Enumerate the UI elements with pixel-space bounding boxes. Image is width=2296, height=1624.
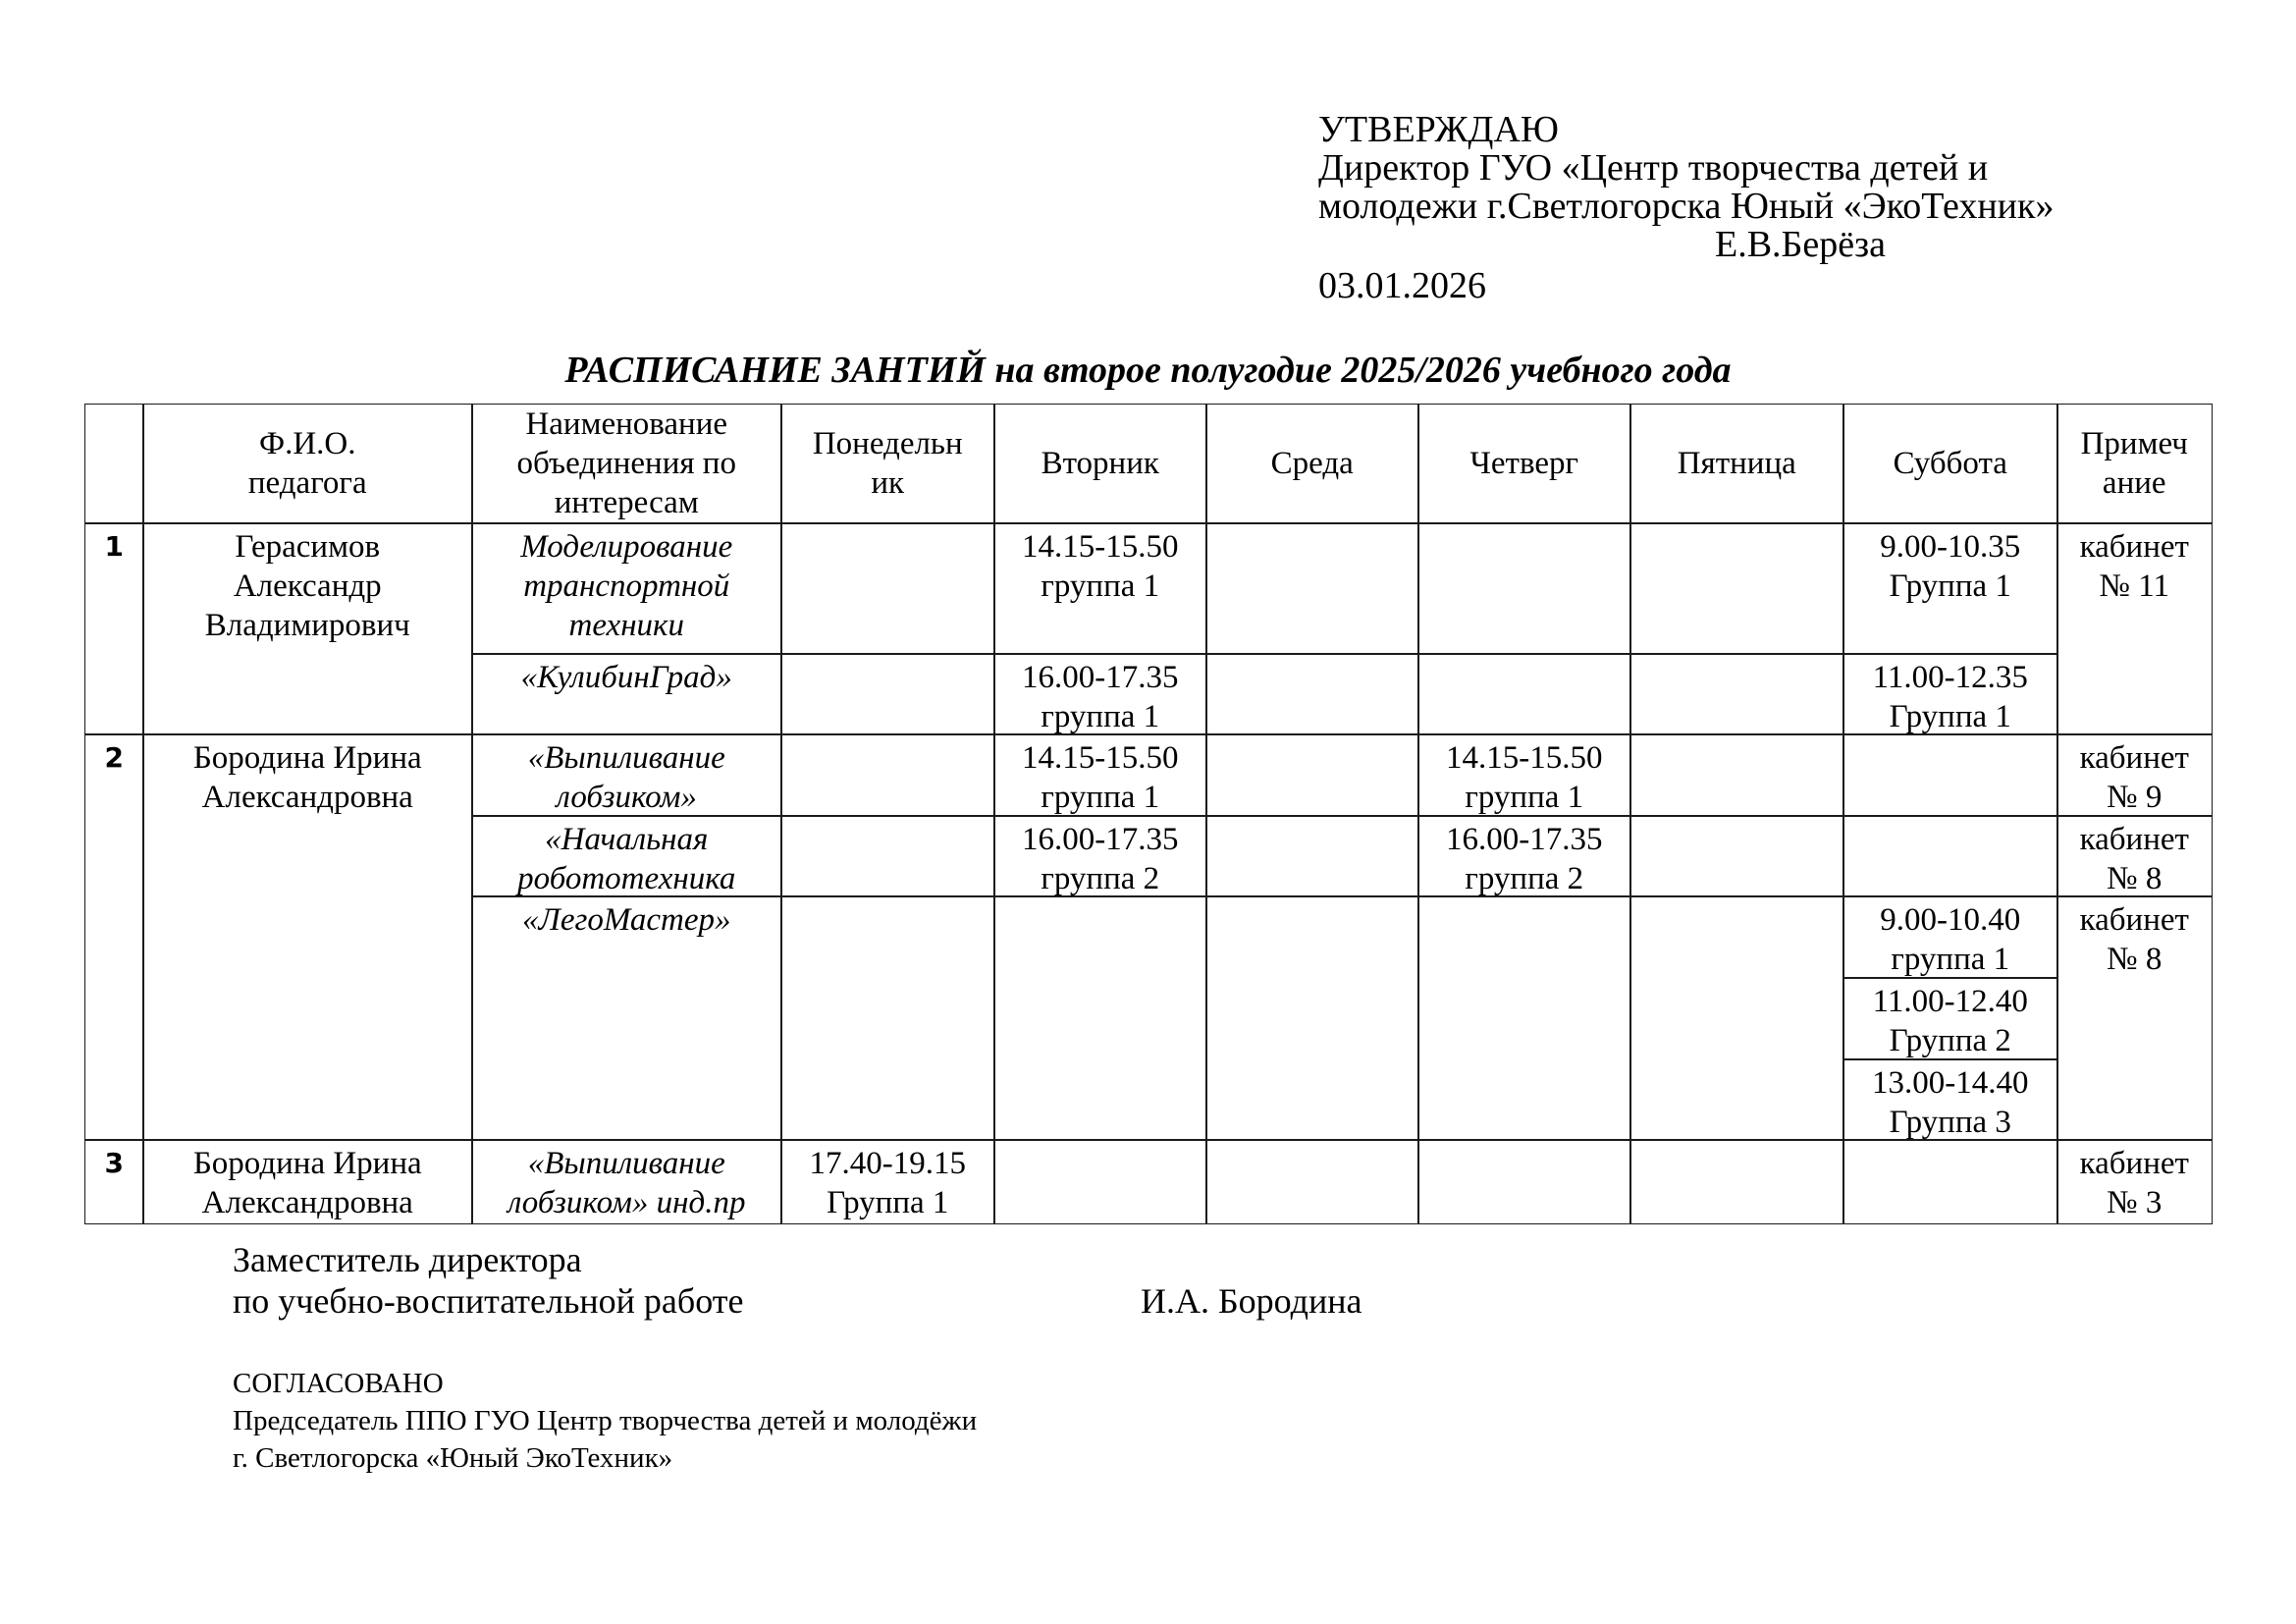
slot-thu: 14.15-15.50группа 1 xyxy=(1417,733,1631,817)
club-name: «КулибинГрад» xyxy=(471,653,782,735)
club-name: «Выпиливаниелобзиком» xyxy=(471,733,782,817)
row-number: 1 xyxy=(84,522,144,735)
club-name-text: транспортной xyxy=(472,567,781,606)
header-note-text: ание xyxy=(2081,463,2188,503)
slot-sat-text: 11.00-12.40 xyxy=(1843,982,2057,1021)
room-note-text: кабинет xyxy=(2057,527,2212,567)
row-number: 3 xyxy=(84,1139,144,1224)
slot-sat-text: Группа 3 xyxy=(1843,1103,2057,1141)
teacher-name-text: Бородина Ирина xyxy=(143,738,472,778)
club-name: Моделированиетранспортнойтехники xyxy=(471,522,782,655)
deputy-title-line-2: по учебно-воспитательной работе xyxy=(233,1281,743,1321)
slot-sat-text: 11.00-12.35 xyxy=(1843,658,2057,697)
header-note-text: Примеч xyxy=(2081,424,2188,463)
slot-tue: 16.00-17.35группа 1 xyxy=(993,653,1207,735)
slot-mon xyxy=(780,895,995,1141)
teacher-name-text: Владимирович xyxy=(143,606,472,645)
agreed-line-1: Председатель ППО ГУО Центр творчества де… xyxy=(233,1402,977,1439)
slot-fri xyxy=(1629,522,1844,655)
club-name-text: «Начальная xyxy=(472,820,781,859)
header-wed: Среда xyxy=(1205,404,1419,524)
header-mon: Понедельник xyxy=(780,404,995,524)
slot-thu xyxy=(1417,653,1631,735)
room-note: кабинет№ 3 xyxy=(2056,1139,2213,1224)
slot-fri xyxy=(1629,895,1844,1141)
slot-sat-text: 9.00-10.40 xyxy=(1843,900,2057,940)
slot-tue-text: 14.15-15.50 xyxy=(994,527,1206,567)
row-number-text: 3 xyxy=(105,1147,124,1179)
club-name-text: робототехника xyxy=(472,859,781,897)
approval-block: УТВЕРЖДАЮ Директор ГУО «Центр творчества… xyxy=(1318,111,2054,305)
slot-sat-text: 9.00-10.35 xyxy=(1843,527,2057,567)
slot-tue xyxy=(993,1139,1207,1224)
teacher-name-text: Бородина Ирина xyxy=(143,1144,472,1183)
room-note-text: кабинет xyxy=(2057,1144,2212,1183)
slot-mon xyxy=(780,815,995,897)
slot-sat: 11.00-12.40Группа 2 xyxy=(1842,977,2058,1060)
approval-line-1: Директор ГУО «Центр творчества детей и xyxy=(1318,149,2054,188)
deputy-signature-block: Заместитель директора по учебно-воспитат… xyxy=(233,1239,743,1322)
teacher-name-text: Герасимов xyxy=(143,527,472,567)
slot-tue-text: 16.00-17.35 xyxy=(994,658,1206,697)
slot-sat-text: 13.00-14.40 xyxy=(1843,1063,2057,1103)
slot-sat-text: Группа 1 xyxy=(1843,567,2057,606)
slot-thu-text: группа 1 xyxy=(1418,778,1630,817)
slot-thu-text: 16.00-17.35 xyxy=(1418,820,1630,859)
room-note: кабинет№ 9 xyxy=(2056,733,2213,817)
header-tue: Вторник xyxy=(993,404,1207,524)
header-mon-text: ик xyxy=(813,463,963,503)
slot-tue-text: 14.15-15.50 xyxy=(994,738,1206,778)
slot-tue-text: группа 1 xyxy=(994,697,1206,735)
room-note-text: № 9 xyxy=(2057,778,2212,817)
room-note-text: № 8 xyxy=(2057,940,2212,979)
row-number: 2 xyxy=(84,733,144,1141)
header-tue-text: Вторник xyxy=(1041,444,1159,483)
document-page: УТВЕРЖДАЮ Директор ГУО «Центр творчества… xyxy=(0,0,2296,1624)
teacher-name-text: Александр xyxy=(143,567,472,606)
slot-mon: 17.40-19.15Группа 1 xyxy=(780,1139,995,1224)
slot-fri xyxy=(1629,733,1844,817)
club-name: «ЛегоМастер» xyxy=(471,895,782,1141)
slot-sat xyxy=(1842,1139,2058,1224)
room-note: кабинет№ 8 xyxy=(2056,815,2213,897)
slot-tue: 14.15-15.50группа 1 xyxy=(993,733,1207,817)
agreed-line-2: г. Светлогорска «Юный ЭкоТехник» xyxy=(233,1439,977,1477)
slot-mon-text: Группа 1 xyxy=(781,1183,994,1222)
slot-sat xyxy=(1842,815,2058,897)
slot-thu xyxy=(1417,1139,1631,1224)
club-name: «Выпиливаниелобзиком» инд.пр xyxy=(471,1139,782,1224)
room-note-text: кабинет xyxy=(2057,900,2212,940)
approval-date: 03.01.2026 xyxy=(1318,267,2054,305)
header-fri: Пятница xyxy=(1629,404,1844,524)
room-note: кабинет№ 11 xyxy=(2056,522,2213,735)
header-club-text: объединения по xyxy=(517,444,736,483)
club-name: «Начальнаяробототехника xyxy=(471,815,782,897)
header-note: Примечание xyxy=(2056,404,2213,524)
slot-wed xyxy=(1205,1139,1419,1224)
room-note-text: № 3 xyxy=(2057,1183,2212,1222)
teacher-name-text: Александровна xyxy=(143,778,472,817)
agreed-heading: СОГЛАСОВАНО xyxy=(233,1365,977,1402)
slot-thu xyxy=(1417,895,1631,1141)
slot-tue-text: группа 2 xyxy=(994,859,1206,897)
approval-line-2: молодежи г.Светлогорска Юный «ЭкоТехник» xyxy=(1318,188,2054,226)
approval-signatory: Е.В.Берёза xyxy=(1318,226,2054,264)
slot-fri xyxy=(1629,815,1844,897)
slot-wed xyxy=(1205,733,1419,817)
header-wed-text: Среда xyxy=(1271,444,1354,483)
deputy-name: И.А. Бородина xyxy=(1141,1280,1362,1322)
document-title: РАСПИСАНИЕ ЗАНТИЙ на второе полугодие 20… xyxy=(0,349,2296,392)
slot-mon-text: 17.40-19.15 xyxy=(781,1144,994,1183)
slot-wed xyxy=(1205,653,1419,735)
header-club-text: Наименование xyxy=(517,405,736,444)
club-name-text: «КулибинГрад» xyxy=(472,658,781,697)
club-name-text: лобзиком» xyxy=(472,778,781,817)
club-name-text: «ЛегоМастер» xyxy=(472,900,781,940)
club-name-text: Моделирование xyxy=(472,527,781,567)
room-note-text: № 8 xyxy=(2057,859,2212,897)
deputy-title-line-1: Заместитель директора xyxy=(233,1239,743,1280)
agreed-block: СОГЛАСОВАНО Председатель ППО ГУО Центр т… xyxy=(233,1365,977,1477)
teacher-name: ГерасимовАлександрВладимирович xyxy=(142,522,473,735)
header-fri-text: Пятница xyxy=(1678,444,1796,483)
slot-wed xyxy=(1205,815,1419,897)
club-name-text: лобзиком» инд.пр xyxy=(472,1183,781,1222)
header-thu: Четверг xyxy=(1417,404,1631,524)
teacher-name: Бородина ИринаАлександровна xyxy=(142,733,473,1141)
slot-tue-text: группа 1 xyxy=(994,778,1206,817)
room-note-text: № 11 xyxy=(2057,567,2212,606)
slot-sat: 9.00-10.35Группа 1 xyxy=(1842,522,2058,655)
slot-mon xyxy=(780,653,995,735)
slot-fri xyxy=(1629,1139,1844,1224)
room-note-text: кабинет xyxy=(2057,738,2212,778)
approval-heading: УТВЕРЖДАЮ xyxy=(1318,111,2054,149)
row-number-text: 1 xyxy=(105,530,124,563)
header-club: Наименованиеобъединения поинтересам xyxy=(471,404,782,524)
header-mon-text: Понедельн xyxy=(813,424,963,463)
header-teacher-text: педагога xyxy=(248,463,367,503)
slot-wed xyxy=(1205,895,1419,1141)
slot-sat xyxy=(1842,733,2058,817)
row-number-text: 2 xyxy=(105,741,124,774)
slot-tue-text: 16.00-17.35 xyxy=(994,820,1206,859)
slot-wed xyxy=(1205,522,1419,655)
slot-mon xyxy=(780,733,995,817)
slot-tue: 14.15-15.50группа 1 xyxy=(993,522,1207,655)
slot-thu-text: 14.15-15.50 xyxy=(1418,738,1630,778)
header-club-text: интересам xyxy=(517,483,736,522)
header-teacher-text: Ф.И.О. xyxy=(248,424,367,463)
slot-thu: 16.00-17.35группа 2 xyxy=(1417,815,1631,897)
club-name-text: «Выпиливание xyxy=(472,1144,781,1183)
club-name-text: «Выпиливание xyxy=(472,738,781,778)
teacher-name-text: Александровна xyxy=(143,1183,472,1222)
slot-mon xyxy=(780,522,995,655)
slot-tue xyxy=(993,895,1207,1141)
slot-sat: 11.00-12.35Группа 1 xyxy=(1842,653,2058,735)
club-name-text: техники xyxy=(472,606,781,645)
slot-tue-text: группа 1 xyxy=(994,567,1206,606)
slot-tue: 16.00-17.35группа 2 xyxy=(993,815,1207,897)
slot-sat-text: Группа 2 xyxy=(1843,1021,2057,1060)
slot-thu-text: группа 2 xyxy=(1418,859,1630,897)
header-num xyxy=(84,404,144,524)
slot-sat-text: группа 1 xyxy=(1843,940,2057,979)
room-note: кабинет№ 8 xyxy=(2056,895,2213,1141)
slot-fri xyxy=(1629,653,1844,735)
header-sat-text: Суббота xyxy=(1894,444,2007,483)
room-note-text: кабинет xyxy=(2057,820,2212,859)
slot-sat-text: Группа 1 xyxy=(1843,697,2057,735)
slot-sat: 9.00-10.40группа 1 xyxy=(1842,895,2058,979)
header-sat: Суббота xyxy=(1842,404,2058,524)
slot-sat: 13.00-14.40Группа 3 xyxy=(1842,1058,2058,1141)
header-thu-text: Четверг xyxy=(1469,444,1578,483)
header-teacher: Ф.И.О.педагога xyxy=(142,404,473,524)
slot-thu xyxy=(1417,522,1631,655)
teacher-name: Бородина ИринаАлександровна xyxy=(142,1139,473,1224)
